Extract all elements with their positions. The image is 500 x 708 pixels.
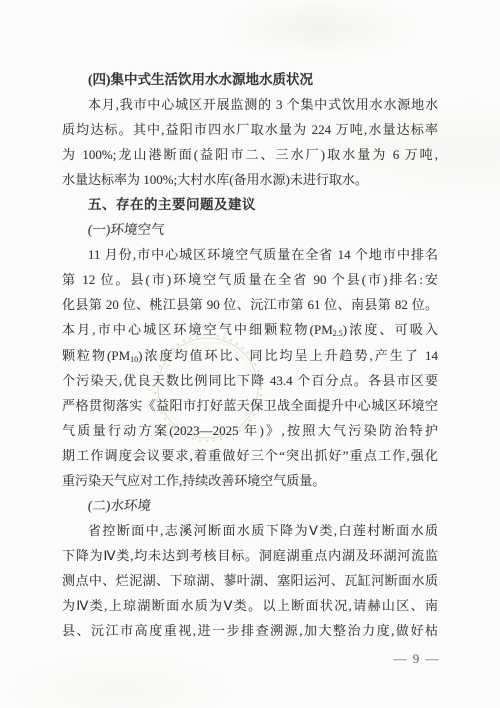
text-line: 本月,我市中心城区开展监测的 3 个集中式饮用水水源地水 [62,92,438,117]
text-line: 县、沅江市高度重视,进一步排查溯源,加大整治力度,做好枯 [62,618,438,643]
text-line: 11 月份,市中心城区环境空气质量在全省 14 个地市中排名 [62,242,438,267]
heading-ambient-air: (一)环境空气 [62,217,438,242]
page-number: — 9 — [394,651,441,667]
text-line: 重污染天气应对工作,持续改善环境空气质量。 [62,468,438,493]
document-page: (四)集中式生活饮用水水源地水质状况 本月,我市中心城区开展监测的 3 个集中式… [0,0,500,708]
pm10-subscript: 10 [130,355,138,364]
text-line: 期工作调度会议要求,着重做好三个“突出抓好”重点工作,强化 [62,443,438,468]
heading-water-environment-label: (二)水环境 [87,493,153,518]
pm25-subscript: 2.5 [333,329,343,338]
text-line: 第 12 位。县(市)环境空气质量在全省 90 个县(市)排名:安 [62,267,438,292]
heading-problems-and-suggestions: 五、存在的主要问题及建议 [62,192,438,217]
text-line-pm10: 颗粒物(PM10)浓度均值环比、同比均呈上升趋势,产生了 14 [62,343,438,368]
heading-ambient-air-label: (一)环境空气 [87,217,166,242]
pm25-text-before: 本月,市中心城区环境空气中细颗粒物(PM [62,322,333,337]
text-line: 质均达标。其中,益阳市四水厂取水量为 224 万吨,水量达标率 [62,117,438,142]
text-line: 个污染天,优良天数比例同比下降 43.4 个百分点。各县市区要 [62,368,438,393]
text-line: 为Ⅳ类,上琼湖断面水质为Ⅴ类。以上断面状况,请赫山区、南 [62,593,438,618]
text-line-pm25: 本月,市中心城区环境空气中细颗粒物(PM2.5)浓度、可吸入 [62,317,438,342]
document-body: (四)集中式生活饮用水水源地水质状况 本月,我市中心城区开展监测的 3 个集中式… [62,67,438,643]
text-line: 气质量行动方案(2023—2025 年)》,按照大气污染防治特护 [62,418,438,443]
heading-water-environment: (二)水环境 [62,493,438,518]
pm25-text-after: )浓度、可吸入 [343,322,438,337]
pm10-text-after: )浓度均值环比、同比均呈上升趋势,产生了 14 [138,348,438,363]
text-line: 严格贯彻落实《益阳市打好蓝天保卫战全面提升中心城区环境空 [62,393,438,418]
heading-drinking-water-section: (四)集中式生活饮用水水源地水质状况 [62,67,438,92]
text-line: 化县第 20 位、桃江县第 90 位、沅江市第 61 位、南县第 82 位。 [62,292,438,317]
text-line: 下降为Ⅳ类,均未达到考核目标。洞庭湖重点内湖及环湖河流监 [62,543,438,568]
text-line: 水量达标率为 100%;大村水库(备用水源)未进行取水。 [62,167,438,192]
text-line: 省控断面中,志溪河断面水质下降为Ⅴ类,白莲村断面水质 [62,518,438,543]
pm10-text-before: 颗粒物(PM [62,348,130,363]
text-line: 测点中、烂泥湖、下琼湖、蓼叶湖、塞阳运河、瓦缸河断面水质 [62,568,438,593]
text-line: 为 100%;龙山港断面(益阳市二、三水厂)取水量为 6 万吨, [62,142,438,167]
